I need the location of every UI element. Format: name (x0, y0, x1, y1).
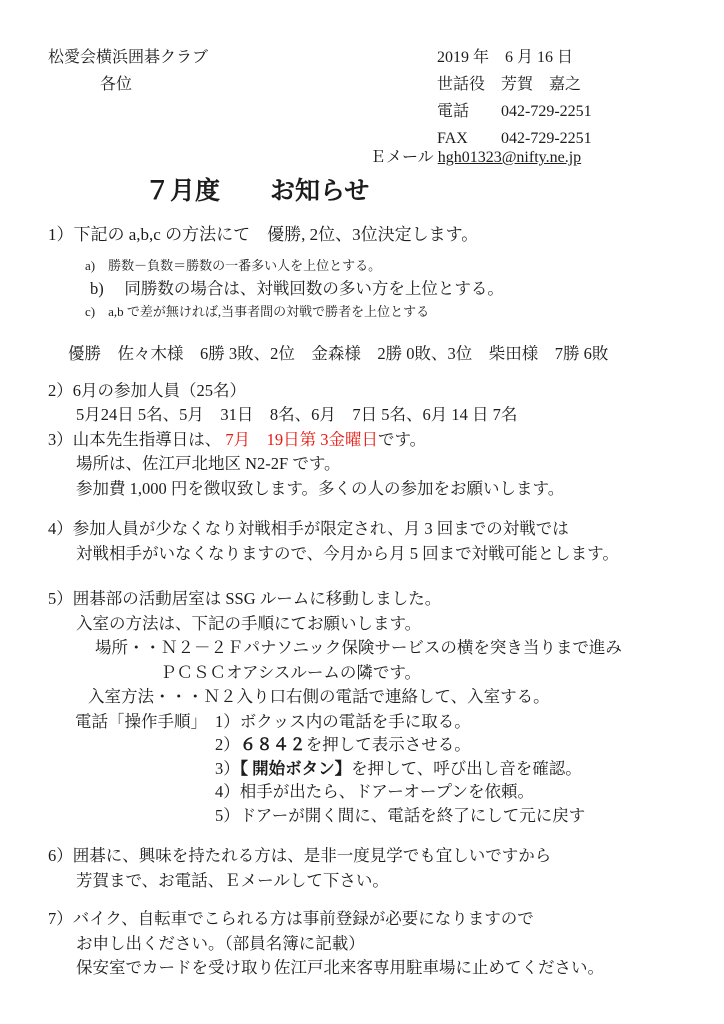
phone-step-3-prefix: 3） (215, 759, 240, 778)
section-2-heading: 2）6月の参加人員（25名） (48, 379, 688, 404)
organizer: 世話役 芳賀 嘉之 (437, 71, 592, 98)
section-3-heading: 3）山本先生指導日は、 7月 19日第 3金曜日です。 (48, 428, 688, 453)
document-header: 松愛会横浜囲碁クラブ 各位 2019 年 6 月 16 日 世話役 芳賀 嘉之 … (48, 44, 688, 148)
section-6-line1: 6）囲碁に、興味を持たれる方は、是非一度見学でも宜しいですから (48, 844, 688, 869)
section-6: 6）囲碁に、興味を持たれる方は、是非一度見学でも宜しいですから 芳賀まで、お電話… (48, 844, 688, 893)
instruction-day-highlight: 7月 19日第 3金曜日 (225, 430, 378, 449)
issue-date: 2019 年 6 月 16 日 (437, 44, 592, 71)
instruction-place: 場所は、佐江戸北地区 N2-2F です。 (76, 452, 688, 477)
results-line: 優勝 佐々木様 6勝 3敗、2位 金森様 2勝 0敗、3位 柴田様 7勝 6敗 (68, 342, 688, 367)
phone-steps: 電話「操作手順」 1）ボクッス内の電話を手に取る。 2）６８４２を押して表示させ… (75, 710, 688, 828)
email-label: Ｅメール (370, 149, 438, 166)
section-4-line2: 対戦相手がいなくなりますので、今月から月 5 回まで対戦可能とします。 (76, 542, 688, 567)
attendance-detail: 5月24日 5名、5月 31日 8名、6月 7日 5名、6月 14 日 7名 (76, 403, 688, 428)
phone-line: 電話042-729-2251 (437, 98, 592, 125)
phone-label: 電話 (437, 98, 501, 125)
section-5: 5）囲碁部の活動居室は SSG ルームに移動しました。 入室の方法は、下記の手順… (48, 587, 688, 827)
phone-step-2-prefix: 2） (215, 735, 240, 754)
phone-number: 042-729-2251 (501, 103, 592, 120)
section-5-line2: 入室の方法は、下記の手順にてお願いします。 (76, 612, 688, 637)
section-7-line3: 保安室でカードを受け取り佐江戸北来客専用駐車場に止めてください。 (76, 956, 688, 981)
phone-step-2-code: ６８４２ (240, 735, 306, 754)
phone-step-3-suffix: を押して、呼び出し音を確認。 (351, 759, 582, 778)
phone-step-2-suffix: を押して表示させる。 (306, 735, 471, 754)
addressee: 各位 (100, 71, 688, 98)
instruction-day-prefix: 3）山本先生指導日は、 (48, 430, 225, 449)
section-3: 3）山本先生指導日は、 7月 19日第 3金曜日です。 場所は、佐江戸北地区 N… (48, 428, 688, 502)
rule-c: c) a,b で差が無ければ,当事者間の対戦で勝者を上位とする (85, 301, 688, 322)
club-name: 松愛会横浜囲碁クラブ (48, 44, 688, 71)
phone-steps-label: 電話「操作手順」 (75, 710, 215, 734)
section-7-line2: お申し出ください。（部員名簿に記載） (76, 932, 688, 957)
fax-label: FAX (437, 125, 501, 152)
rule-b: b) 同勝数の場合は、対戦回数の多い方を上位とする。 (90, 276, 688, 301)
section-2: 2）6月の参加人員（25名） 5月24日 5名、5月 31日 8名、6月 7日 … (48, 379, 688, 428)
phone-step-5: 5）ドアーが開く間に、電話を終了にして元に戻す (215, 804, 585, 828)
room-location-line2: ＰＣＳＣオアシスルームの隣です。 (160, 661, 688, 686)
phone-step-3-button: 【 開始ボタン】 (240, 759, 351, 778)
phone-step-2: 2）６８４２を押して表示させる。 (215, 733, 585, 757)
fax-line: FAX042-729-2251 (437, 125, 592, 152)
instruction-day-suffix: です。 (378, 430, 426, 449)
section-1: 1）下記の a,b,c の方法にて 優勝, 2位、3位決定します。 a) 勝数－… (48, 222, 688, 367)
section-5-line1: 5）囲碁部の活動居室は SSG ルームに移動しました。 (48, 587, 688, 612)
section-6-line2: 芳賀まで、お電話、Ｅメールして下さい。 (76, 869, 688, 894)
header-left: 松愛会横浜囲碁クラブ 各位 (48, 44, 688, 98)
entry-method: 入室方法・・・Ｎ２入り口右側の電話で連絡して、入室する。 (88, 685, 688, 710)
section-4: 4）参加人員が少なくなり対戦相手が限定され、月 3 回までの対戦では 対戦相手が… (48, 517, 688, 566)
section-4-line1: 4）参加人員が少なくなり対戦相手が限定され、月 3 回までの対戦では (48, 517, 688, 542)
fax-number: 042-729-2251 (501, 130, 592, 147)
rule-a: a) 勝数－負数＝勝数の一番多い人を上位とする。 (85, 255, 688, 276)
instruction-fee: 参加費 1,000 円を徴収致します。多くの人の参加をお願いします。 (76, 477, 688, 502)
section-7: 7）バイク、自転車でこられる方は事前登録が必要になりますので お申し出ください。… (48, 907, 688, 981)
phone-step-3: 3）【 開始ボタン】を押して、呼び出し音を確認。 (215, 757, 585, 781)
page-title: ７月度 お知らせ (145, 176, 688, 208)
header-right: 2019 年 6 月 16 日 世話役 芳賀 嘉之 電話042-729-2251… (437, 44, 592, 152)
room-location-line1: 場所・・Ｎ２－２Ｆパナソニック保険サービスの横を突き当りまで進み (95, 636, 688, 661)
phone-step-4: 4）相手が出たら、ドアーオープンを依頼。 (215, 780, 585, 804)
phone-step-1: 1）ボクッス内の電話を手に取る。 (215, 710, 585, 734)
document-page: 松愛会横浜囲碁クラブ 各位 2019 年 6 月 16 日 世話役 芳賀 嘉之 … (0, 0, 724, 1024)
section-1-heading: 1）下記の a,b,c の方法にて 優勝, 2位、3位決定します。 (48, 222, 688, 247)
phone-steps-list: 1）ボクッス内の電話を手に取る。 2）６８４２を押して表示させる。 3）【 開始… (215, 710, 585, 828)
section-7-line1: 7）バイク、自転車でこられる方は事前登録が必要になりますので (48, 907, 688, 932)
